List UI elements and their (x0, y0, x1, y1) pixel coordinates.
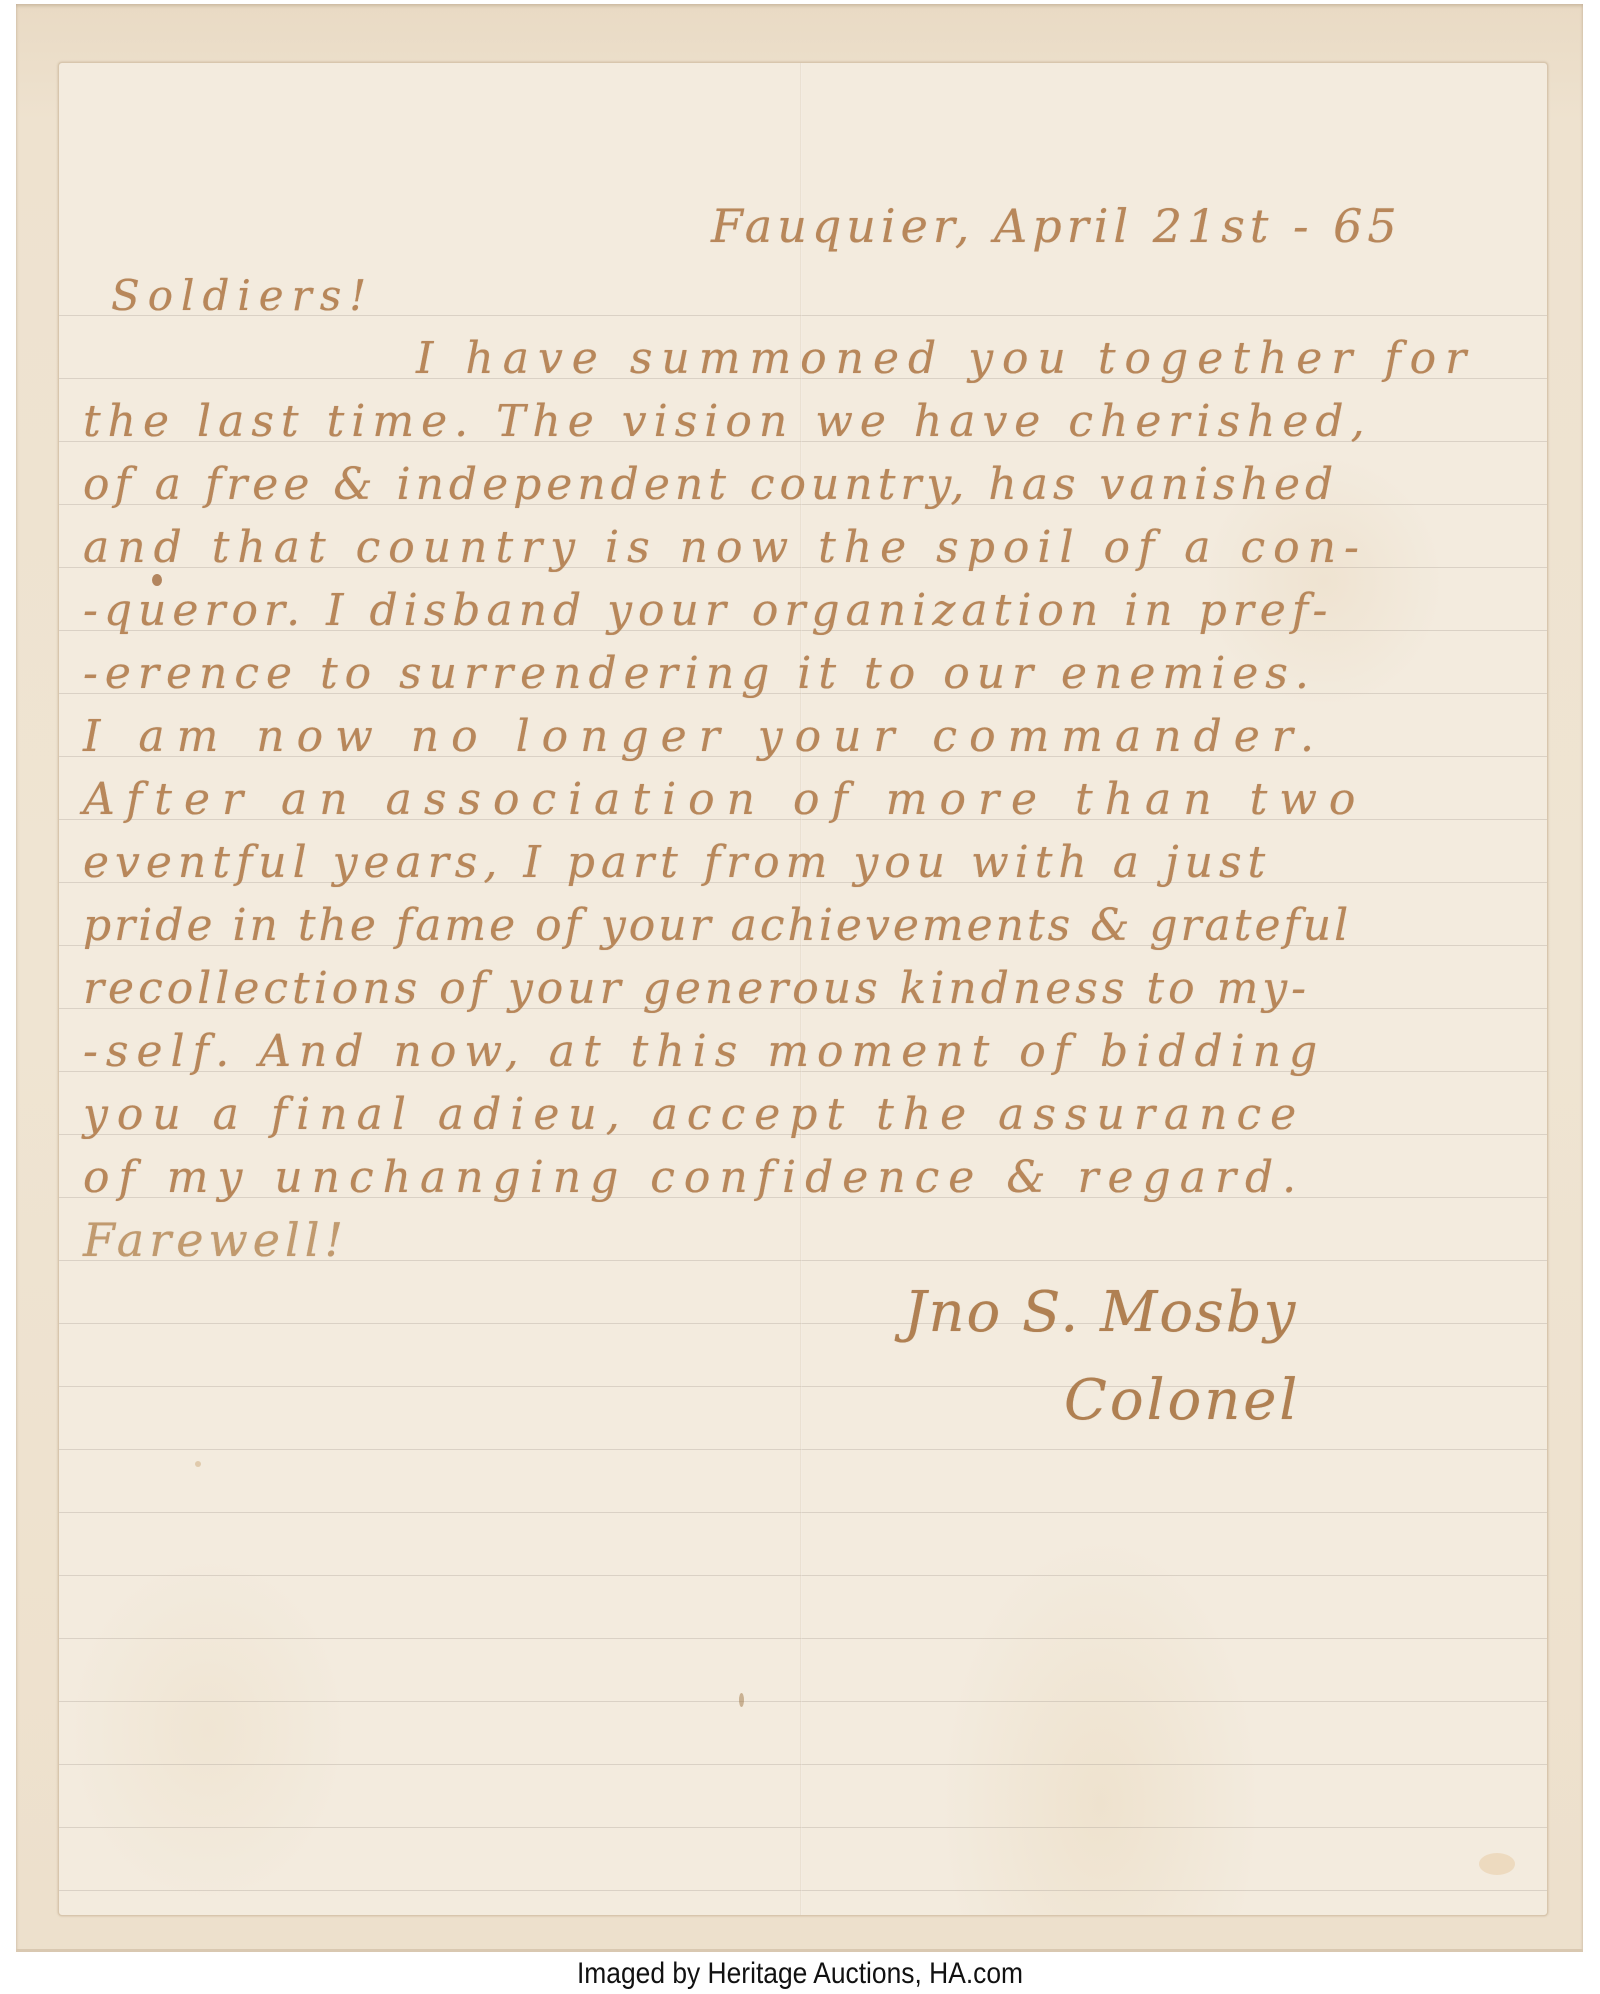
body-line-8: After an association of more than two (83, 778, 1523, 822)
letter-paper: Fauquier, April 21st - 65 Soldiers! I ha… (58, 62, 1548, 1916)
body-line-10: pride in the fame of your achievements &… (83, 904, 1523, 948)
body-line-6: -erence to surrendering it to our enemie… (83, 652, 1523, 696)
salutation: Soldiers! (111, 275, 374, 317)
foxing-spot (195, 1461, 201, 1467)
body-line-9: eventful years, I part from you with a j… (83, 841, 1523, 885)
date-line: Fauquier, April 21st - 65 (711, 203, 1402, 249)
body-line-12: -self. And now, at this moment of biddin… (83, 1030, 1523, 1074)
body-line-13: you a final adieu, accept the assurance (83, 1093, 1523, 1137)
body-line-14: of my unchanging confidence & regard. (83, 1156, 1523, 1200)
signature-name: Jno S. Mosby (904, 1285, 1297, 1341)
body-line-11: recollections of your generous kindness … (83, 967, 1523, 1011)
body-line-4: and that country is now the spoil of a c… (83, 526, 1523, 570)
signature-rank: Colonel (1064, 1373, 1300, 1429)
image-credit-caption: Imaged by Heritage Auctions, HA.com (96, 1955, 1504, 1993)
body-line-3: of a free & independent country, has van… (83, 463, 1523, 507)
body-line-1: I have summoned you together for (416, 337, 1516, 381)
foxing-spot (1479, 1853, 1515, 1875)
body-line-2: the last time. The vision we have cheris… (83, 400, 1523, 444)
body-line-5: -queror. I disband your organization in … (83, 589, 1523, 633)
body-line-7: I am now no longer your commander. (83, 715, 1523, 759)
closing-farewell: Farewell! (83, 1217, 348, 1263)
foxing-spot (739, 1693, 744, 1707)
